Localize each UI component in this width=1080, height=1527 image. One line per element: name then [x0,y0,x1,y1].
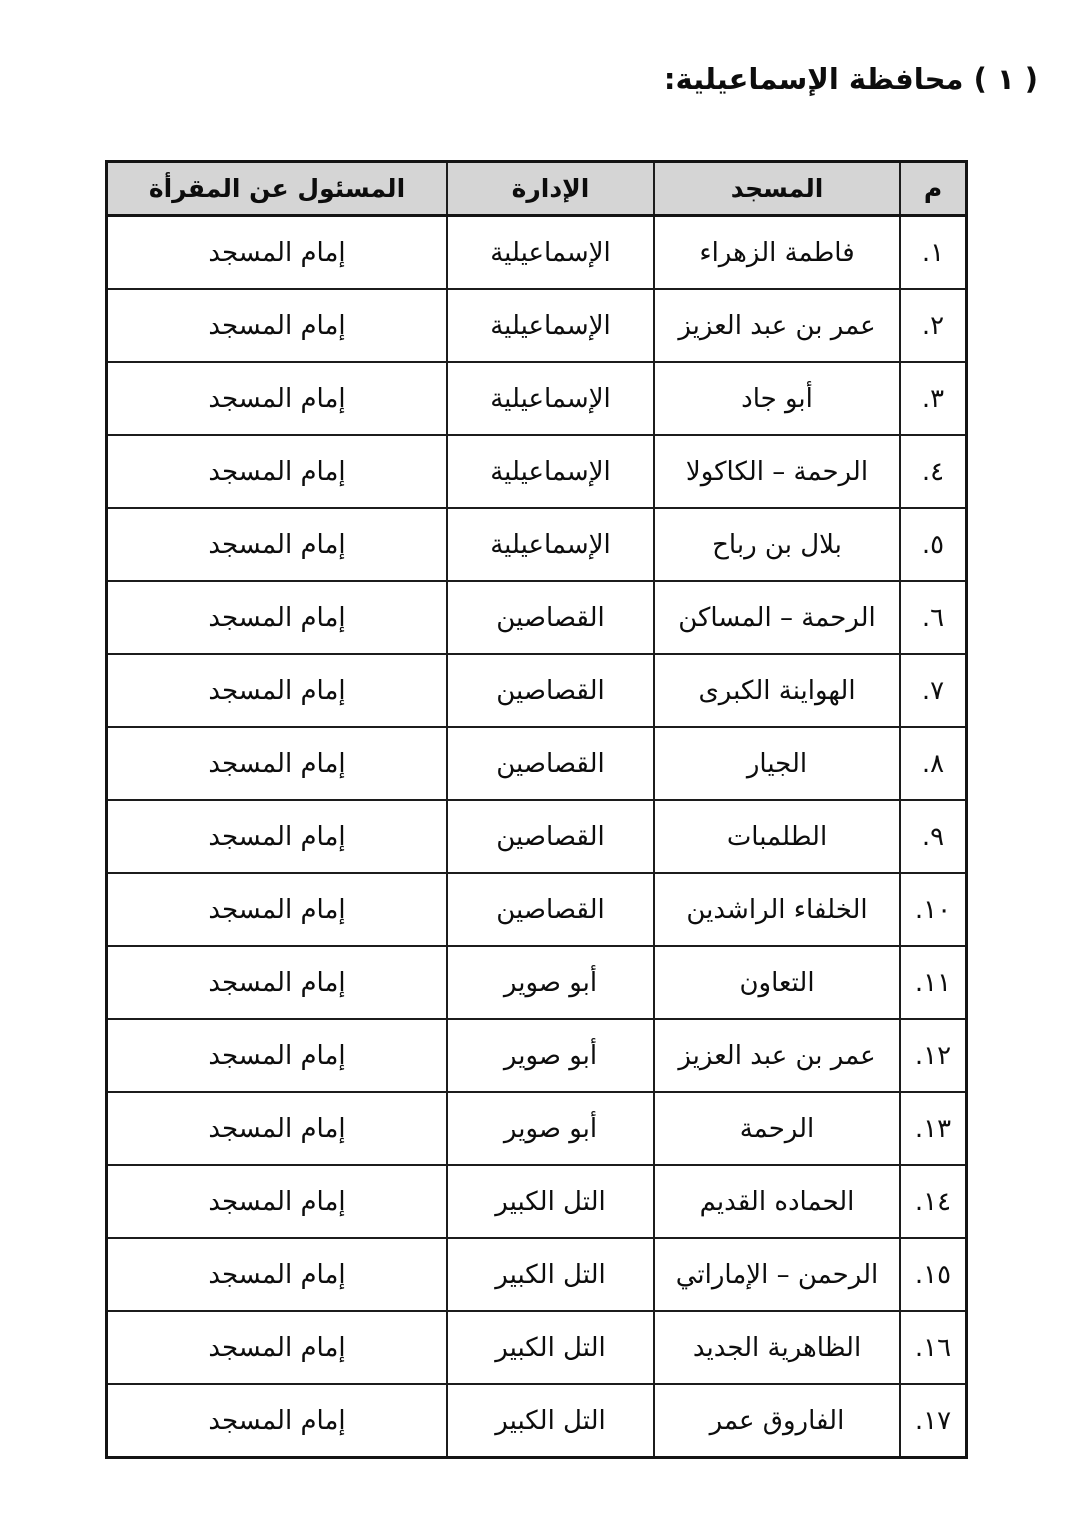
responsible-cell: إمام المسجد [107,800,448,873]
administration-cell: أبو صوير [447,1019,654,1092]
table-row: ١٠.الخلفاء الراشدينالقصاصينإمام المسجد [107,873,967,946]
document-page: ( ١ ) محافظة الإسماعيلية: م المسجد الإدا… [0,0,1080,1527]
administration-cell: الإسماعيلية [447,289,654,362]
header-responsible: المسئول عن المقرأة [107,162,448,216]
administration-cell: التل الكبير [447,1311,654,1384]
row-number-cell: ١٦. [900,1311,967,1384]
mosque-name-cell: الرحمة [654,1092,900,1165]
responsible-cell: إمام المسجد [107,1092,448,1165]
table-row: ١٤.الحماده القديمالتل الكبيرإمام المسجد [107,1165,967,1238]
row-number-cell: ٨. [900,727,967,800]
table-row: ٧.الهواينة الكبرىالقصاصينإمام المسجد [107,654,967,727]
responsible-cell: إمام المسجد [107,362,448,435]
mosque-name-cell: الرحمن – الإماراتي [654,1238,900,1311]
mosque-name-cell: الحماده القديم [654,1165,900,1238]
administration-cell: القصاصين [447,873,654,946]
responsible-cell: إمام المسجد [107,946,448,1019]
mosque-name-cell: أبو جاد [654,362,900,435]
administration-cell: أبو صوير [447,946,654,1019]
row-number-cell: ٩. [900,800,967,873]
mosque-name-cell: الرحمة – الكاكولا [654,435,900,508]
responsible-cell: إمام المسجد [107,1238,448,1311]
mosque-name-cell: الهواينة الكبرى [654,654,900,727]
row-number-cell: ١. [900,216,967,290]
responsible-cell: إمام المسجد [107,1019,448,1092]
row-number-cell: ٧. [900,654,967,727]
mosque-name-cell: عمر بن عبد العزيز [654,289,900,362]
responsible-cell: إمام المسجد [107,1311,448,1384]
mosque-name-cell: فاطمة الزهراء [654,216,900,290]
administration-cell: التل الكبير [447,1384,654,1458]
table-row: ٩.الطلمباتالقصاصينإمام المسجد [107,800,967,873]
table-row: ١١.التعاونأبو صويرإمام المسجد [107,946,967,1019]
mosque-name-cell: بلال بن رباح [654,508,900,581]
responsible-cell: إمام المسجد [107,1384,448,1458]
administration-cell: أبو صوير [447,1092,654,1165]
row-number-cell: ١٢. [900,1019,967,1092]
responsible-cell: إمام المسجد [107,581,448,654]
administration-cell: التل الكبير [447,1238,654,1311]
table-row: ٢.عمر بن عبد العزيزالإسماعيليةإمام المسج… [107,289,967,362]
administration-cell: الإسماعيلية [447,508,654,581]
table-row: ١٣.الرحمةأبو صويرإمام المسجد [107,1092,967,1165]
header-number: م [900,162,967,216]
table-row: ١.فاطمة الزهراءالإسماعيليةإمام المسجد [107,216,967,290]
table-row: ٦.الرحمة – المساكنالقصاصينإمام المسجد [107,581,967,654]
table-body: ١.فاطمة الزهراءالإسماعيليةإمام المسجد٢.ع… [107,216,967,1458]
table-row: ٤.الرحمة – الكاكولاالإسماعيليةإمام المسج… [107,435,967,508]
mosque-name-cell: الطلمبات [654,800,900,873]
row-number-cell: ١٥. [900,1238,967,1311]
table-row: ١٦.الظاهرية الجديدالتل الكبيرإمام المسجد [107,1311,967,1384]
administration-cell: الإسماعيلية [447,435,654,508]
row-number-cell: ١٠. [900,873,967,946]
administration-cell: القصاصين [447,727,654,800]
mosque-name-cell: الرحمة – المساكن [654,581,900,654]
mosque-name-cell: التعاون [654,946,900,1019]
administration-cell: القصاصين [447,581,654,654]
administration-cell: التل الكبير [447,1165,654,1238]
row-number-cell: ١٧. [900,1384,967,1458]
header-administration: الإدارة [447,162,654,216]
row-number-cell: ١٤. [900,1165,967,1238]
table-header: م المسجد الإدارة المسئول عن المقرأة [107,162,967,216]
mosque-name-cell: الجيار [654,727,900,800]
row-number-cell: ٥. [900,508,967,581]
table-header-row: م المسجد الإدارة المسئول عن المقرأة [107,162,967,216]
mosque-name-cell: الظاهرية الجديد [654,1311,900,1384]
administration-cell: القصاصين [447,654,654,727]
mosque-name-cell: الخلفاء الراشدين [654,873,900,946]
header-mosque: المسجد [654,162,900,216]
responsible-cell: إمام المسجد [107,654,448,727]
table-row: ٨.الجيارالقصاصينإمام المسجد [107,727,967,800]
table-row: ١٥.الرحمن – الإماراتيالتل الكبيرإمام الم… [107,1238,967,1311]
table-row: ١٧.الفاروق عمرالتل الكبيرإمام المسجد [107,1384,967,1458]
responsible-cell: إمام المسجد [107,289,448,362]
administration-cell: القصاصين [447,800,654,873]
table-row: ٣.أبو جادالإسماعيليةإمام المسجد [107,362,967,435]
row-number-cell: ٤. [900,435,967,508]
mosque-name-cell: الفاروق عمر [654,1384,900,1458]
administration-cell: الإسماعيلية [447,362,654,435]
row-number-cell: ٦. [900,581,967,654]
responsible-cell: إمام المسجد [107,216,448,290]
responsible-cell: إمام المسجد [107,727,448,800]
responsible-cell: إمام المسجد [107,873,448,946]
row-number-cell: ٢. [900,289,967,362]
table-row: ١٢.عمر بن عبد العزيزأبو صويرإمام المسجد [107,1019,967,1092]
page-title: ( ١ ) محافظة الإسماعيلية: [664,62,1038,96]
row-number-cell: ٣. [900,362,967,435]
row-number-cell: ١١. [900,946,967,1019]
mosque-table: م المسجد الإدارة المسئول عن المقرأة ١.فا… [105,160,968,1459]
responsible-cell: إمام المسجد [107,435,448,508]
responsible-cell: إمام المسجد [107,1165,448,1238]
row-number-cell: ١٣. [900,1092,967,1165]
mosque-name-cell: عمر بن عبد العزيز [654,1019,900,1092]
responsible-cell: إمام المسجد [107,508,448,581]
administration-cell: الإسماعيلية [447,216,654,290]
table-row: ٥.بلال بن رباحالإسماعيليةإمام المسجد [107,508,967,581]
